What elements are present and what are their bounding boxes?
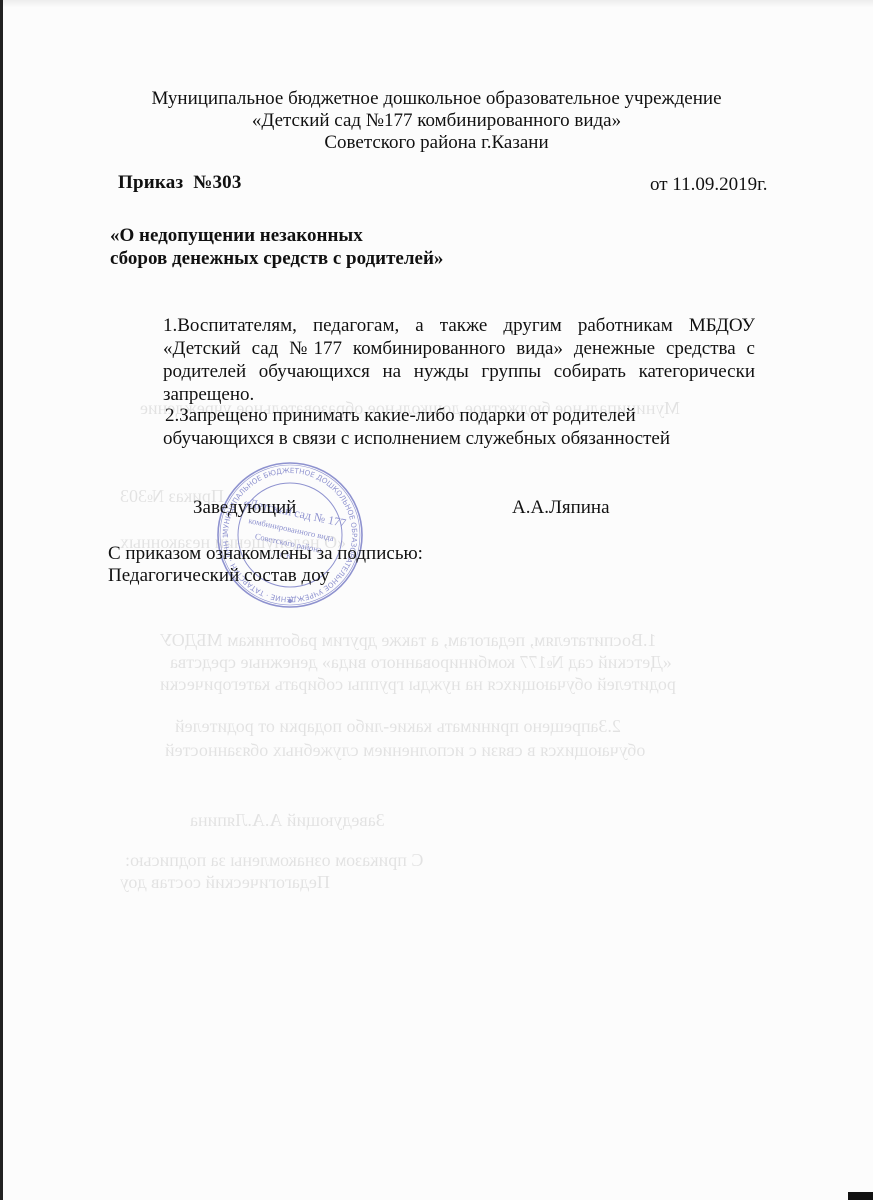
bleed-through-text: С приказом ознакомлены за подписью: (125, 850, 423, 871)
item-2-line-2: обучающихся в связи с исполнением служеб… (163, 428, 670, 449)
bleed-through-text: Заведующий А.А.Ляпина (190, 810, 385, 831)
scanned-page: 1.Воспитателям, педагогам, а также други… (0, 0, 873, 1200)
scan-edge-left (0, 0, 3, 1200)
header-line-3: Советского района г.Казани (0, 132, 873, 154)
scan-edge-corner (848, 1192, 873, 1200)
bleed-through-text: обучающихся в связи с исполнением служеб… (165, 740, 645, 761)
order-item-2: 2.Запрещено принимать какие-либо подарки… (163, 404, 670, 450)
subject-line-1: «О недопущении незаконных (110, 224, 443, 247)
subject-line-2: сборов денежных средств с родителей» (110, 247, 443, 270)
signatory-title: Заведующий (193, 497, 296, 519)
acknowledgement-line-2: Педагогический состав доу (108, 565, 423, 587)
acknowledgement-line-1: С приказом ознакомлены за подписью: (108, 543, 423, 565)
item-2-line-1: 2.Запрещено принимать какие-либо подарки… (163, 404, 670, 427)
order-number: Приказ №303 (118, 172, 242, 194)
order-item-1: 1.Воспитателям, педагогам, а также други… (163, 314, 755, 406)
bleed-through-text: 2.Запрещено принимать какие-либо подарки… (175, 716, 621, 737)
official-stamp-icon: МУНИЦИПАЛЬНОЕ БЮДЖЕТНОЕ ДОШКОЛЬНОЕ ОБРАЗ… (215, 460, 365, 610)
header-line-2: «Детский сад №177 комбинированного вида» (0, 110, 873, 132)
bleed-through-text: «Детский сад №177 комбинированного вида»… (170, 652, 672, 673)
bleed-through-text: родителей обучающихся на нужды группы со… (160, 674, 676, 695)
order-subject: «О недопущении незаконных сборов денежны… (110, 224, 443, 270)
order-date: от 11.09.2019г. (650, 174, 768, 196)
bleed-through-text: 1.Воспитателям, педагогам, а также други… (160, 630, 656, 651)
acknowledgement: С приказом ознакомлены за подписью: Педа… (108, 543, 423, 587)
organization-header: Муниципальное бюджетное дошкольное образ… (0, 88, 873, 154)
header-line-1: Муниципальное бюджетное дошкольное образ… (0, 88, 873, 110)
bleed-through-text: Педагогический состав доу (120, 872, 330, 893)
signatory-name: А.А.Ляпина (512, 497, 610, 519)
